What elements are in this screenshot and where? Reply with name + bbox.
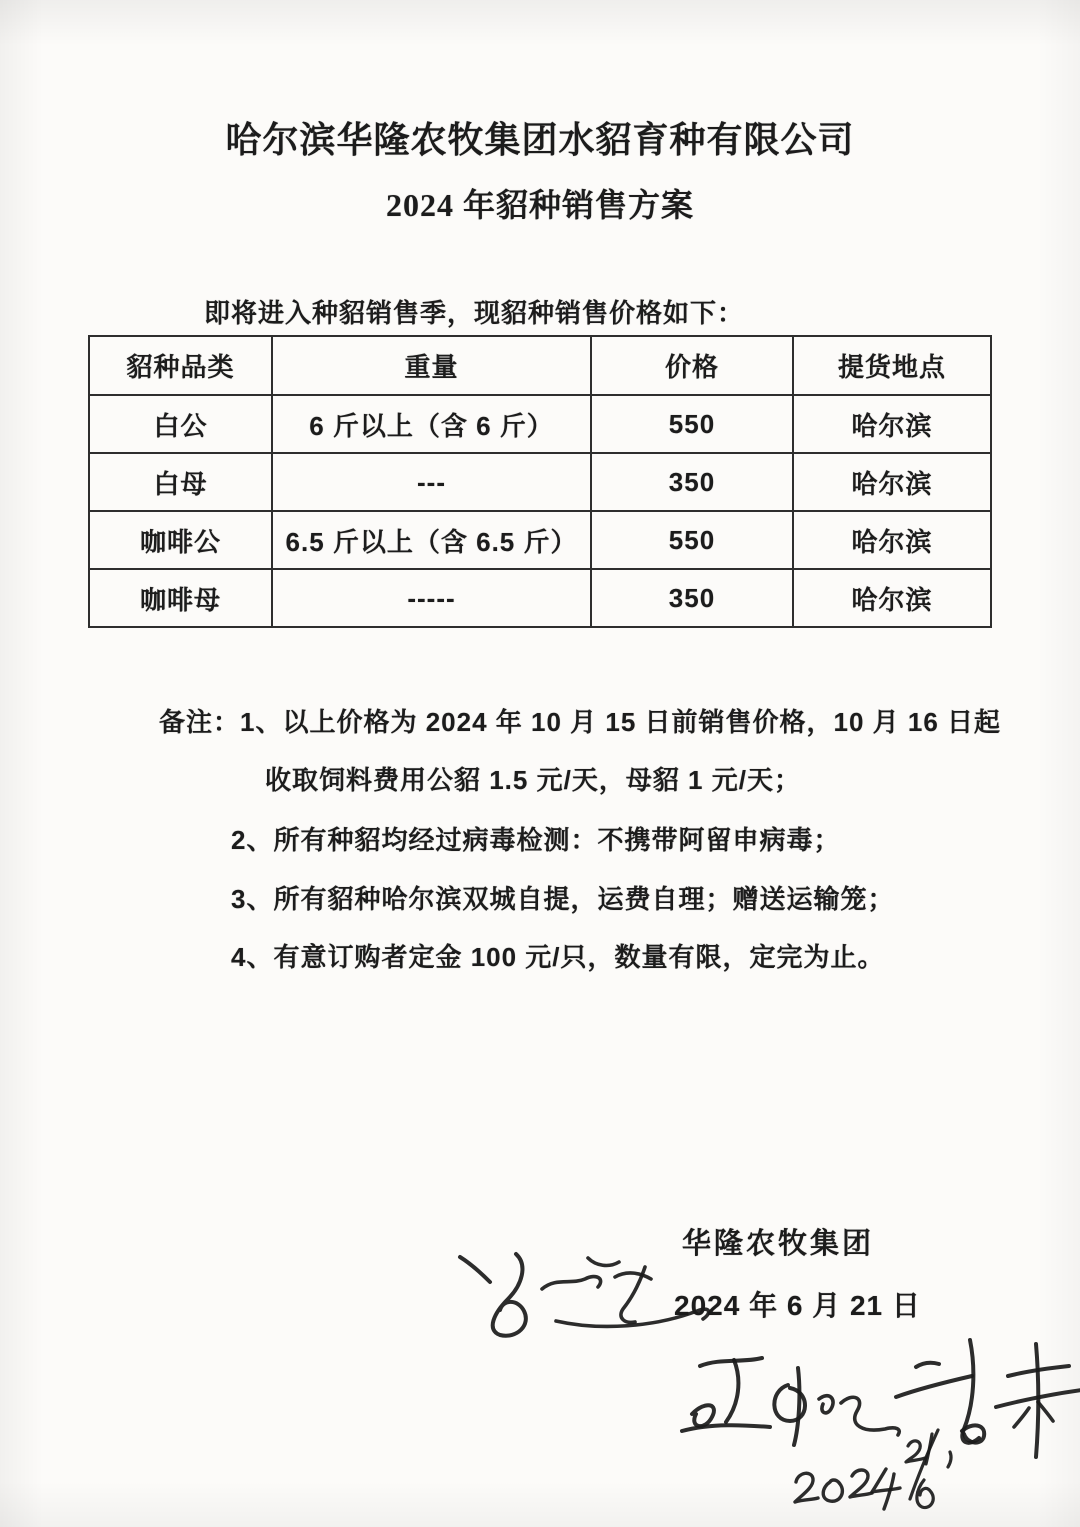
note-number: 3、 (231, 884, 273, 914)
note-item-3: 3、所有貂种哈尔滨双城自提，运费自理；赠送运输笼； (231, 879, 894, 916)
col-header-breed: 貂种品类 (89, 336, 272, 395)
cell-weight: --- (272, 453, 591, 511)
notes-label: 备注： (159, 707, 240, 737)
col-header-price: 价格 (591, 336, 793, 395)
cell-price: 350 (591, 453, 793, 511)
cell-weight: ----- (272, 569, 591, 627)
signature-scribble-main (438, 1237, 730, 1345)
intro-text: 即将进入种貂销售季，现貂种销售价格如下： (204, 293, 744, 330)
cell-weight: 6.5 斤以上（含 6.5 斤） (272, 511, 591, 569)
note-item-4: 4、有意订购者定金 100 元/只，数量有限，定完为止。 (231, 937, 885, 974)
cell-breed: 白公 (89, 395, 272, 453)
cell-price: 550 (591, 511, 793, 569)
signature-scribble-right (888, 1334, 1080, 1466)
cell-pickup: 哈尔滨 (793, 395, 991, 453)
note-item-1-continuation: 收取饲料费用公貂 1.5 元/天，母貂 1 元/天； (265, 760, 801, 797)
col-header-weight: 重量 (272, 336, 591, 395)
cell-weight: 6 斤以上（含 6 斤） (272, 395, 591, 453)
cell-breed: 咖啡公 (89, 511, 272, 569)
table-row: 咖啡公 6.5 斤以上（含 6.5 斤） 550 哈尔滨 (89, 511, 991, 569)
note-text: 所有貂种哈尔滨双城自提，运费自理；赠送运输笼； (273, 884, 894, 914)
note-item-1: 备注：1、以上价格为 2024 年 10 月 15 日前销售价格，10 月 16… (159, 702, 1001, 739)
col-header-pickup: 提货地点 (793, 336, 991, 395)
cell-pickup: 哈尔滨 (793, 569, 991, 627)
cell-price: 550 (591, 395, 793, 453)
price-table: 貂种品类 重量 价格 提货地点 白公 6 斤以上（含 6 斤） 550 哈尔滨 … (88, 335, 992, 628)
table-row: 咖啡母 ----- 350 哈尔滨 (89, 569, 991, 627)
table-header-row: 貂种品类 重量 价格 提货地点 (89, 336, 991, 395)
note-text: 所有种貂均经过病毒检测：不携带阿留申病毒； (273, 825, 840, 855)
cell-breed: 咖啡母 (89, 569, 272, 627)
note-number: 2、 (231, 825, 273, 855)
cell-breed: 白母 (89, 453, 272, 511)
cell-pickup: 哈尔滨 (793, 511, 991, 569)
document-page: 哈尔滨华隆农牧集团水貂育种有限公司 2024 年貂种销售方案 即将进入种貂销售季… (0, 0, 1080, 1527)
note-text: 以上价格为 2024 年 10 月 15 日前销售价格，10 月 16 日起 (282, 707, 1001, 737)
table-row: 白母 --- 350 哈尔滨 (89, 453, 991, 511)
cell-price: 350 (591, 569, 793, 627)
doc-title-company: 哈尔滨华隆农牧集团水貂育种有限公司 (0, 112, 1080, 163)
cell-pickup: 哈尔滨 (793, 453, 991, 511)
doc-title-plan: 2024 年貂种销售方案 (0, 180, 1080, 226)
note-text: 有意订购者定金 100 元/只，数量有限，定完为止。 (273, 942, 884, 972)
note-item-2: 2、所有种貂均经过病毒检测：不携带阿留申病毒； (231, 820, 840, 857)
note-number: 4、 (231, 942, 273, 972)
table-row: 白公 6 斤以上（含 6 斤） 550 哈尔滨 (89, 395, 991, 453)
note-number: 1、 (240, 707, 282, 737)
